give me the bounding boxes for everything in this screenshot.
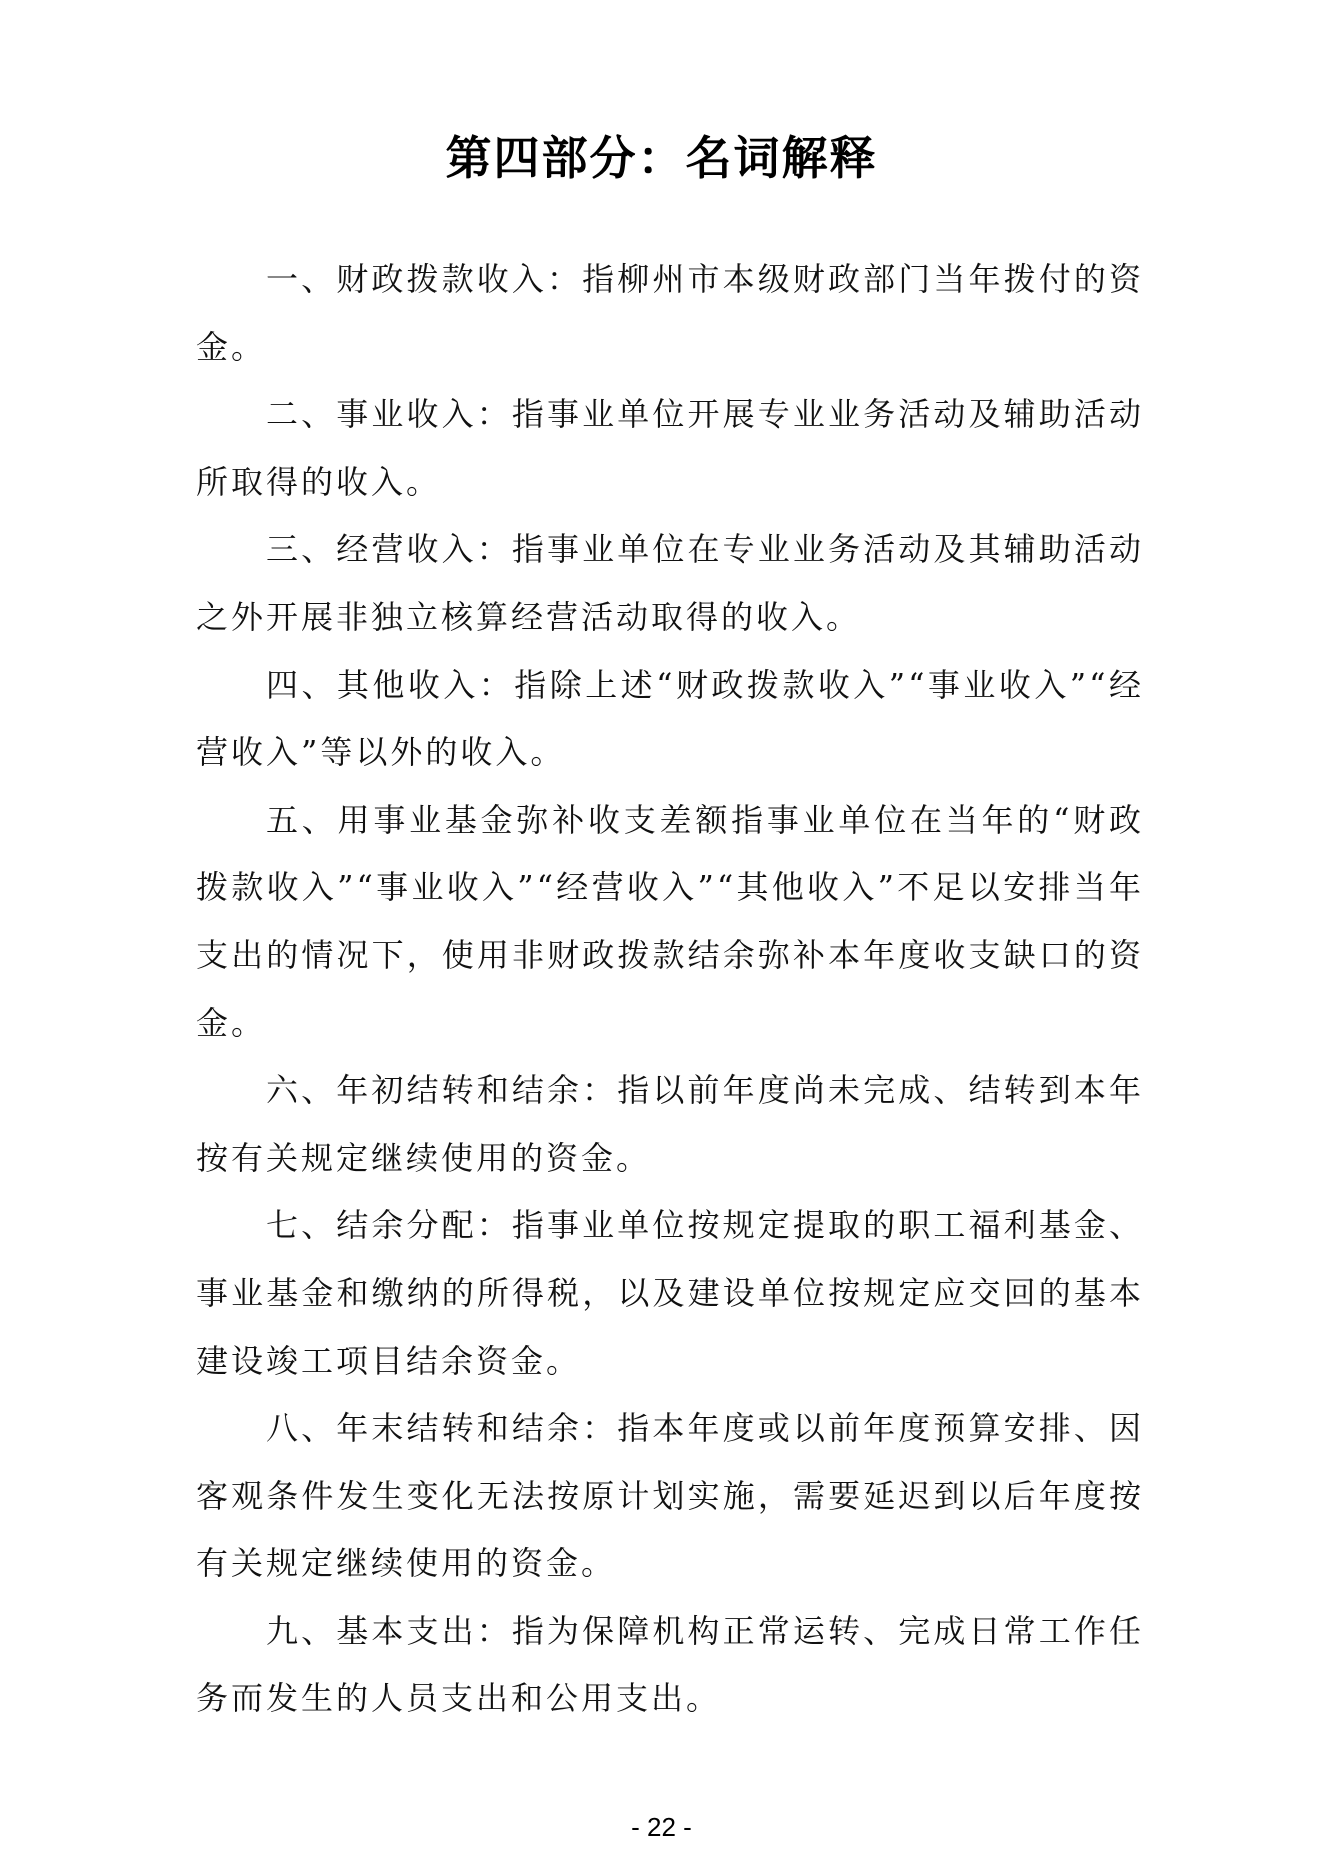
paragraph-basic-expenditure: 九、基本支出：指为保障机构正常运转、完成日常工作任务而发生的人员支出和公用支出。 bbox=[196, 1598, 1144, 1733]
paragraph-operating-income: 三、经营收入：指事业单位在专业业务活动及其辅助活动之外开展非独立核算经营活动取得… bbox=[196, 516, 1144, 651]
paragraph-business-income: 二、事业收入：指事业单位开展专业业务活动及辅助活动所取得的收入。 bbox=[196, 381, 1144, 516]
page-number: - 22 - bbox=[0, 1812, 1323, 1843]
paragraph-ending-carryover: 八、年末结转和结余：指本年度或以前年度预算安排、因客观条件发生变化无法按原计划实… bbox=[196, 1395, 1144, 1598]
document-page: 第四部分：名词解释 一、财政拨款收入：指柳州市本级财政部门当年拨付的资金。 二、… bbox=[0, 0, 1323, 1871]
document-body: 一、财政拨款收入：指柳州市本级财政部门当年拨付的资金。 二、事业收入：指事业单位… bbox=[196, 246, 1144, 1733]
paragraph-other-income: 四、其他收入：指除上述“财政拨款收入”“事业收入”“经营收入”等以外的收入。 bbox=[196, 652, 1144, 787]
paragraph-surplus-distribution: 七、结余分配：指事业单位按规定提取的职工福利基金、事业基金和缴纳的所得税，以及建… bbox=[196, 1192, 1144, 1395]
paragraph-fiscal-appropriation-income: 一、财政拨款收入：指柳州市本级财政部门当年拨付的资金。 bbox=[196, 246, 1144, 381]
page-title: 第四部分：名词解释 bbox=[0, 128, 1323, 188]
paragraph-beginning-carryover: 六、年初结转和结余：指以前年度尚未完成、结转到本年按有关规定继续使用的资金。 bbox=[196, 1057, 1144, 1192]
paragraph-business-fund-offset: 五、用事业基金弥补收支差额指事业单位在当年的“财政拨款收入”“事业收入”“经营收… bbox=[196, 787, 1144, 1057]
